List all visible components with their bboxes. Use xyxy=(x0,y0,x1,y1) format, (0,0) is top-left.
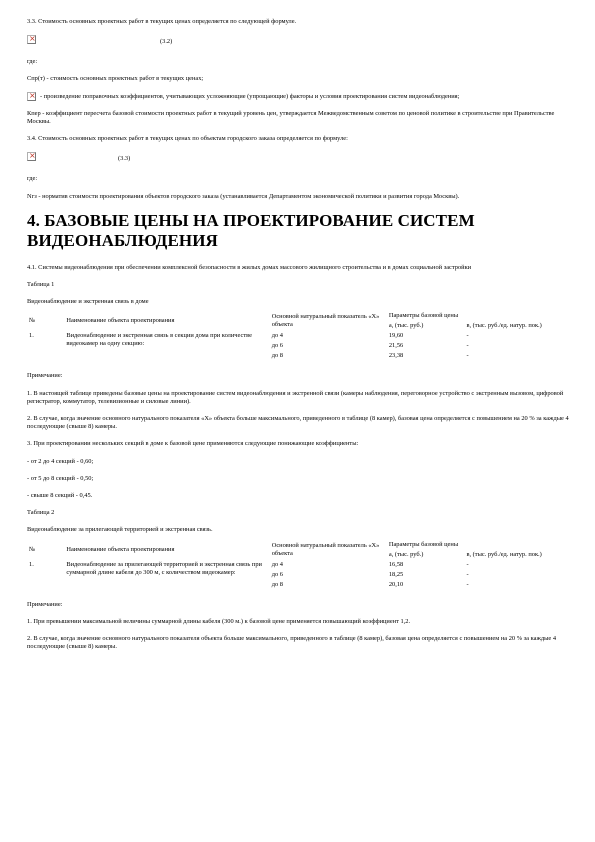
cell-b: - xyxy=(464,332,547,342)
note-1: 1. В настоящей таблице приведены базовые… xyxy=(27,390,572,406)
cell-indicator: до 8 xyxy=(270,352,387,362)
note-1: 1. При превышении максимальной величины … xyxy=(27,618,572,626)
header-b: в, (тыс. руб./ед. натур. пок.) xyxy=(464,322,547,332)
broken-image-icon xyxy=(27,35,36,44)
cell-indicator: до 6 xyxy=(270,571,387,581)
coefficient-item: - от 2 до 4 секций - 0,60; xyxy=(27,458,572,466)
cell-a: 16,58 xyxy=(387,561,465,571)
header-num: № xyxy=(27,312,64,332)
cell-indicator: до 4 xyxy=(270,561,387,571)
table-row: 1. Видеонаблюдение и экстренная связь в … xyxy=(27,332,547,342)
header-params: Параметры базовой цены xyxy=(387,312,547,322)
cell-num xyxy=(27,581,64,591)
cell-num: 1. xyxy=(27,561,64,571)
definition-kper: Кпер - коэффициент пересчета базовой сто… xyxy=(27,110,572,126)
formula-3-3: (3.3) xyxy=(27,152,572,164)
notes-title: Примечание: xyxy=(27,601,572,609)
header-b: в, (тыс. руб./ед. натур. пок.) xyxy=(464,551,547,561)
cell-indicator: до 4 xyxy=(270,332,387,342)
table-1: № Наименование объекта проектирования Ос… xyxy=(27,312,547,362)
coefficient-item: - свыше 8 секций - 0,45. xyxy=(27,492,572,500)
header-a: а, (тыс. руб.) xyxy=(387,551,465,561)
broken-image-icon xyxy=(27,152,36,161)
table-1-label: Таблица 1 xyxy=(27,281,572,289)
cell-num: 1. xyxy=(27,332,64,342)
definition-ngz: Nгз - норматив стоимости проектирования … xyxy=(27,193,572,201)
cell-a: 21,56 xyxy=(387,342,465,352)
paragraph-3-3: 3.3. Стоимость основных проектных работ … xyxy=(27,18,572,26)
header-indicator: Основной натуральный показатель «Х» объе… xyxy=(270,312,387,332)
cell-b: - xyxy=(464,352,547,362)
where-label: где: xyxy=(27,58,572,66)
table-2-caption: Видеонаблюдение за прилегающей территори… xyxy=(27,526,572,534)
coefficient-item: - от 5 до 8 секций - 0,50; xyxy=(27,475,572,483)
definition-cpr: Спр(т) - стоимость основных проектных ра… xyxy=(27,75,572,83)
cell-name: Видеонаблюдение за прилегающей территори… xyxy=(64,561,269,591)
header-indicator: Основной натуральный показатель «Х» объе… xyxy=(270,541,387,561)
formula-3-2: (3.2) xyxy=(27,35,572,47)
header-num: № xyxy=(27,541,64,561)
cell-indicator: до 6 xyxy=(270,342,387,352)
table-2: № Наименование объекта проектирования Ос… xyxy=(27,541,547,591)
cell-b: - xyxy=(464,581,547,591)
cell-b: - xyxy=(464,571,547,581)
table-header-row: № Наименование объекта проектирования Ос… xyxy=(27,541,547,551)
cell-num xyxy=(27,342,64,352)
cell-a: 18,25 xyxy=(387,571,465,581)
formula-number: (3.2) xyxy=(160,35,172,46)
table-2-label: Таблица 2 xyxy=(27,509,572,517)
header-name: Наименование объекта проектирования xyxy=(64,312,269,332)
cell-b: - xyxy=(464,561,547,571)
paragraph-3-4: 3.4. Стоимость основных проектных работ … xyxy=(27,135,572,143)
cell-indicator: до 8 xyxy=(270,581,387,591)
header-params: Параметры базовой цены xyxy=(387,541,547,551)
note-3: 3. При проектировании нескольких секций … xyxy=(27,440,572,448)
formula-number: (3.3) xyxy=(118,152,130,163)
paragraph-4-1: 4.1. Системы видеонаблюдения при обеспеч… xyxy=(27,264,572,272)
document-page: 3.3. Стоимость основных проектных работ … xyxy=(27,18,572,660)
header-a: а, (тыс. руб.) xyxy=(387,322,465,332)
definition-k-text: - произведение поправочных коэффициентов… xyxy=(40,93,459,101)
note-2: 2. В случае, когда значение основного на… xyxy=(27,635,572,651)
cell-a: 20,10 xyxy=(387,581,465,591)
cell-b: - xyxy=(464,342,547,352)
cell-num xyxy=(27,571,64,581)
table-row: 1. Видеонаблюдение за прилегающей террит… xyxy=(27,561,547,571)
section-4-heading: 4. БАЗОВЫЕ ЦЕНЫ НА ПРОЕКТИРОВАНИЕ СИСТЕМ… xyxy=(27,211,572,251)
where-label: где: xyxy=(27,175,572,183)
cell-a: 19,60 xyxy=(387,332,465,342)
cell-name: Видеонаблюдение и экстренная связь в сек… xyxy=(64,332,269,362)
table-header-row: № Наименование объекта проектирования Ос… xyxy=(27,312,547,322)
broken-image-icon xyxy=(27,92,36,101)
definition-k: - произведение поправочных коэффициентов… xyxy=(27,93,572,101)
table-1-caption: Видеонаблюдение и экстренная связь в дом… xyxy=(27,298,572,306)
notes-title: Примечание: xyxy=(27,372,572,380)
note-2: 2. В случае, когда значение основного на… xyxy=(27,415,572,431)
cell-a: 23,38 xyxy=(387,352,465,362)
header-name: Наименование объекта проектирования xyxy=(64,541,269,561)
cell-num xyxy=(27,352,64,362)
